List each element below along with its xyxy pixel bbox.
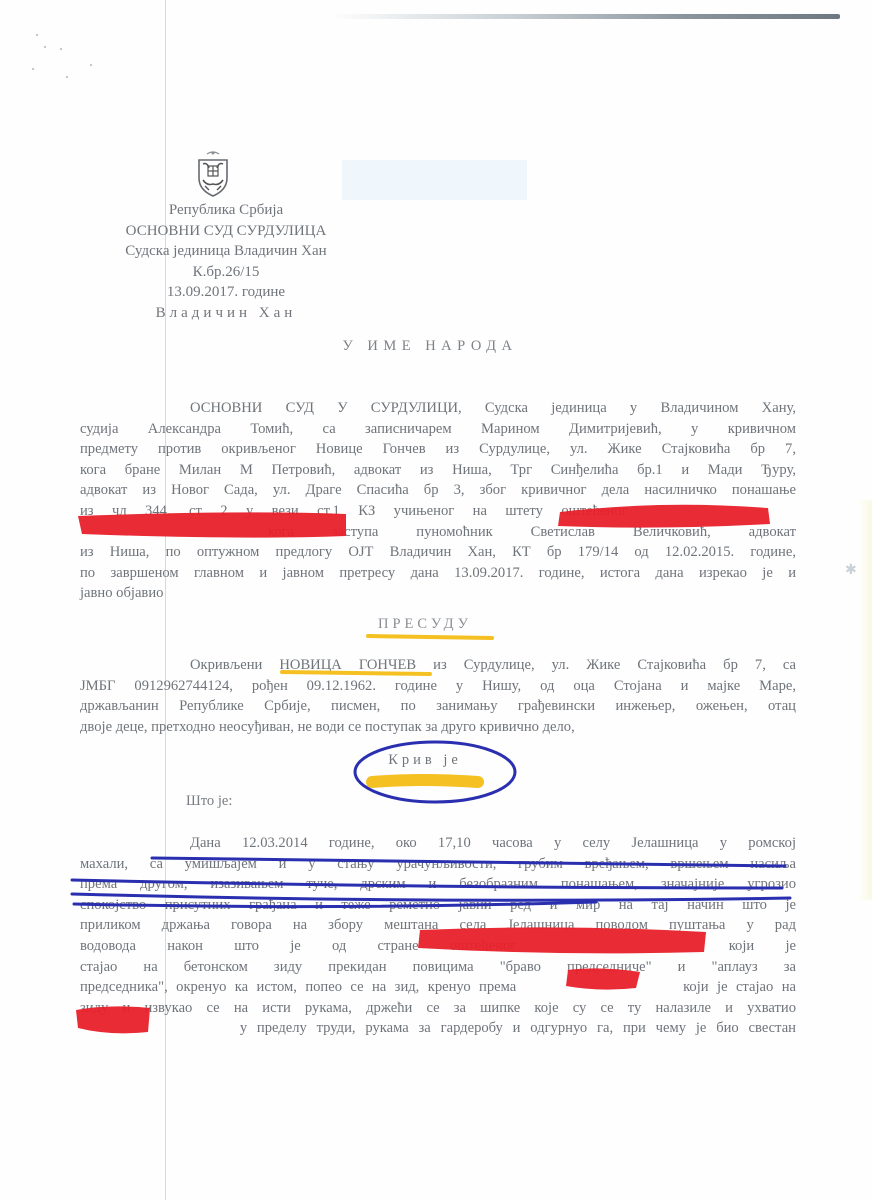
facts-line: зиду и извукао се на исти рукама, држећи… bbox=[80, 998, 796, 1019]
because-label: Што је: bbox=[186, 793, 232, 810]
intro-line: из Ниша, по оптужном предлогу ОЈТ Владич… bbox=[80, 542, 796, 563]
header-unit: Судска јединица Владичин Хан bbox=[95, 241, 357, 262]
defendant-line: ЈМБГ 0912962744124, рођен 09.12.1962. го… bbox=[80, 676, 796, 697]
facts-line: махали, са умишљајем и у стању урачунљив… bbox=[80, 854, 796, 875]
intro-paragraph: ОСНОВНИ СУД У СУРДУЛИЦИ, Судска јединица… bbox=[80, 398, 796, 604]
serbia-coat-of-arms-icon bbox=[193, 150, 233, 198]
header-court: ОСНОВНИ СУД СУРДУЛИЦА bbox=[95, 221, 357, 242]
intro-line: кога заступа пуномоћник Светислав Величк… bbox=[80, 522, 796, 543]
header-case-number: К.бр.26/15 bbox=[95, 262, 357, 283]
intro-line: адвокат из Новог Сада, ул. Драге Спасића… bbox=[80, 480, 796, 501]
facts-line: спокојство присутних грађана и теже реме… bbox=[80, 895, 796, 916]
facts-line: према другом, изазивањем туче, дрским и … bbox=[80, 874, 796, 895]
guilty-label: Крив је bbox=[360, 752, 490, 769]
intro-line: ОСНОВНИ СУД У СУРДУЛИЦИ, Судска јединица… bbox=[80, 398, 796, 419]
header-date: 13.09.2017. године bbox=[95, 282, 357, 303]
intro-line: предмету против окривљеног Новице Гончев… bbox=[80, 439, 796, 460]
ink-mark-icon: ✱ bbox=[845, 562, 857, 579]
intro-line: по завршеном главном и јавном претресу д… bbox=[80, 563, 796, 584]
defendant-paragraph: Окривљени НОВИЦА ГОНЧЕВ из Сурдулице, ул… bbox=[80, 655, 796, 737]
defendant-line: двоје деце, претходно неосуђиван, не вод… bbox=[80, 717, 796, 738]
header-country: Република Србија bbox=[95, 200, 357, 221]
facts-line: у пределу труди, рукама за гардеробу и о… bbox=[80, 1018, 796, 1039]
intro-line: кога бране Милан М Петровић, адвокат из … bbox=[80, 460, 796, 481]
defendant-line: Окривљени НОВИЦА ГОНЧЕВ из Сурдулице, ул… bbox=[80, 655, 796, 676]
dust-specks bbox=[30, 28, 110, 78]
facts-paragraph: Дана 12.03.2014 године, око 17,10 часова… bbox=[80, 833, 796, 1039]
intro-line: из чл 344. ст 2 у вези ст.1 КЗ учињеног … bbox=[80, 501, 796, 522]
court-header: Република Србија ОСНОВНИ СУД СУРДУЛИЦА С… bbox=[95, 200, 357, 323]
faded-stamp bbox=[342, 160, 527, 200]
intro-line: јавно објавио bbox=[80, 583, 796, 604]
edge-tint bbox=[858, 500, 872, 900]
facts-line: водовода након што је од стране оштећено… bbox=[80, 936, 796, 957]
facts-line: стајао на бетонском зиду прекидан повици… bbox=[80, 957, 796, 978]
facts-line: председника", окренуо ка истом, попео се… bbox=[80, 977, 796, 998]
facts-line: приликом држања говора на збору мештана … bbox=[80, 915, 796, 936]
intro-line: судија Александра Томић, са записничарем… bbox=[80, 419, 796, 440]
scanned-page: ✱ Република Србија ОСНОВНИ СУД СУРДУЛИЦА… bbox=[0, 0, 872, 1200]
facts-line: Дана 12.03.2014 године, око 17,10 часова… bbox=[80, 833, 796, 854]
defendant-line: држављанин Републике Србије, писмен, по … bbox=[80, 696, 796, 717]
header-place: Владичин Хан bbox=[95, 303, 357, 324]
in-name-of-people-heading: У ИМЕ НАРОДА bbox=[300, 338, 560, 355]
scanner-streak bbox=[330, 14, 840, 19]
verdict-heading: ПРЕСУДУ bbox=[325, 616, 525, 633]
